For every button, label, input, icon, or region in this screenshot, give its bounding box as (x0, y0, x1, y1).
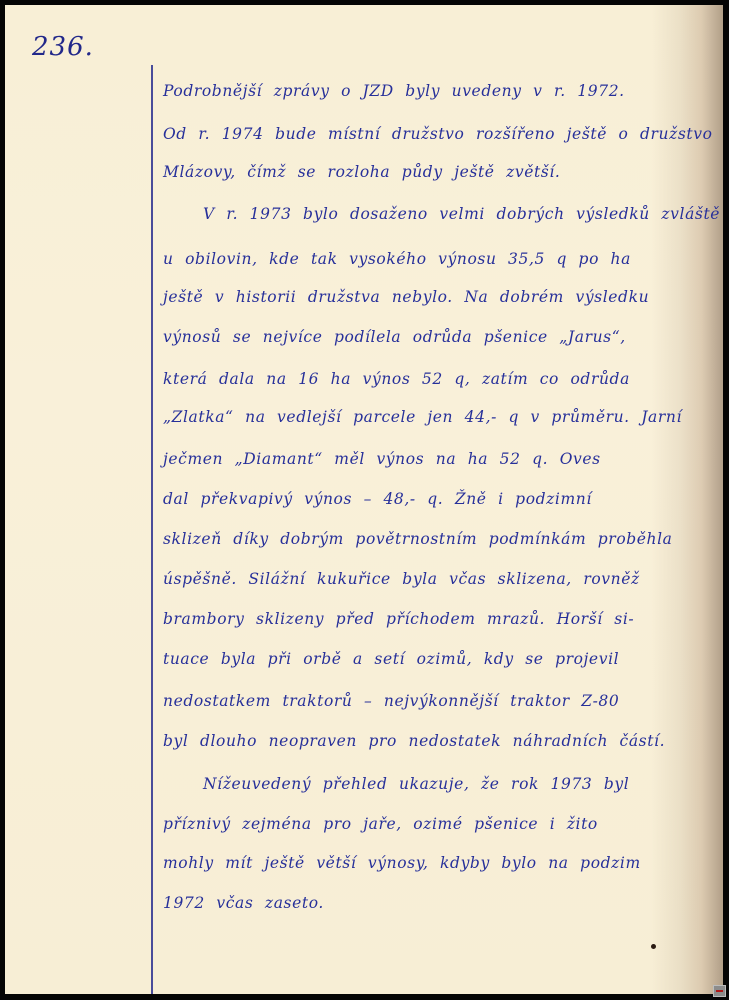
text-line: nedostatkem traktorů – nejvýkonnější tra… (163, 692, 619, 710)
text-line: tuace byla při orbě a setí ozimů, kdy se… (163, 650, 619, 668)
margin-line (151, 65, 153, 994)
text-line: dal překvapivý výnos – 48,- q. Žně i pod… (163, 490, 592, 508)
text-line: úspěšně. Silážní kukuřice byla včas skli… (163, 570, 640, 588)
chronicle-page: 236. Podrobnější zprávy o JZD byly uvede… (5, 5, 723, 994)
text-line: byl dlouho neopraven pro nedostatek náhr… (163, 732, 665, 750)
text-line: sklizeň díky dobrým povětrnostním podmín… (163, 530, 673, 548)
text-line: Podrobnější zprávy o JZD byly uvedeny v … (163, 82, 625, 100)
text-line: brambory sklizeny před příchodem mrazů. … (163, 610, 634, 628)
text-line: Mlázovy, čímž se rozloha půdy ještě zvět… (163, 163, 560, 181)
text-line: příznivý zejména pro jaře, ozimé pšenice… (163, 815, 598, 833)
text-line: 1972 včas zaseto. (163, 894, 324, 912)
text-line: mohly mít ještě větší výnosy, kdyby bylo… (163, 854, 641, 872)
text-line: V r. 1973 bylo dosaženo velmi dobrých vý… (203, 205, 720, 223)
text-line: výnosů se nejvíce podílela odrůda pšenic… (163, 328, 626, 346)
ink-speck (651, 944, 656, 949)
text-line: ječmen „Diamant“ měl výnos na ha 52 q. O… (163, 450, 601, 468)
text-line: která dala na 16 ha výnos 52 q, zatím co… (163, 370, 630, 388)
text-line: Od r. 1974 bude místní družstvo rozšířen… (163, 125, 713, 143)
text-line: „Zlatka“ na vedlejší parcele jen 44,- q … (163, 408, 682, 426)
text-line: Nížeuvedený přehled ukazuje, že rok 1973… (203, 775, 629, 793)
image-viewer: 236. Podrobnější zprávy o JZD byly uvede… (0, 0, 729, 1000)
text-line: u obilovin, kde tak vysokého výnosu 35,5… (163, 250, 631, 268)
page-number: 236. (32, 32, 94, 62)
minimize-button[interactable] (713, 985, 726, 997)
minimize-icon (716, 990, 723, 992)
text-line: ještě v historii družstva nebylo. Na dob… (163, 288, 649, 306)
